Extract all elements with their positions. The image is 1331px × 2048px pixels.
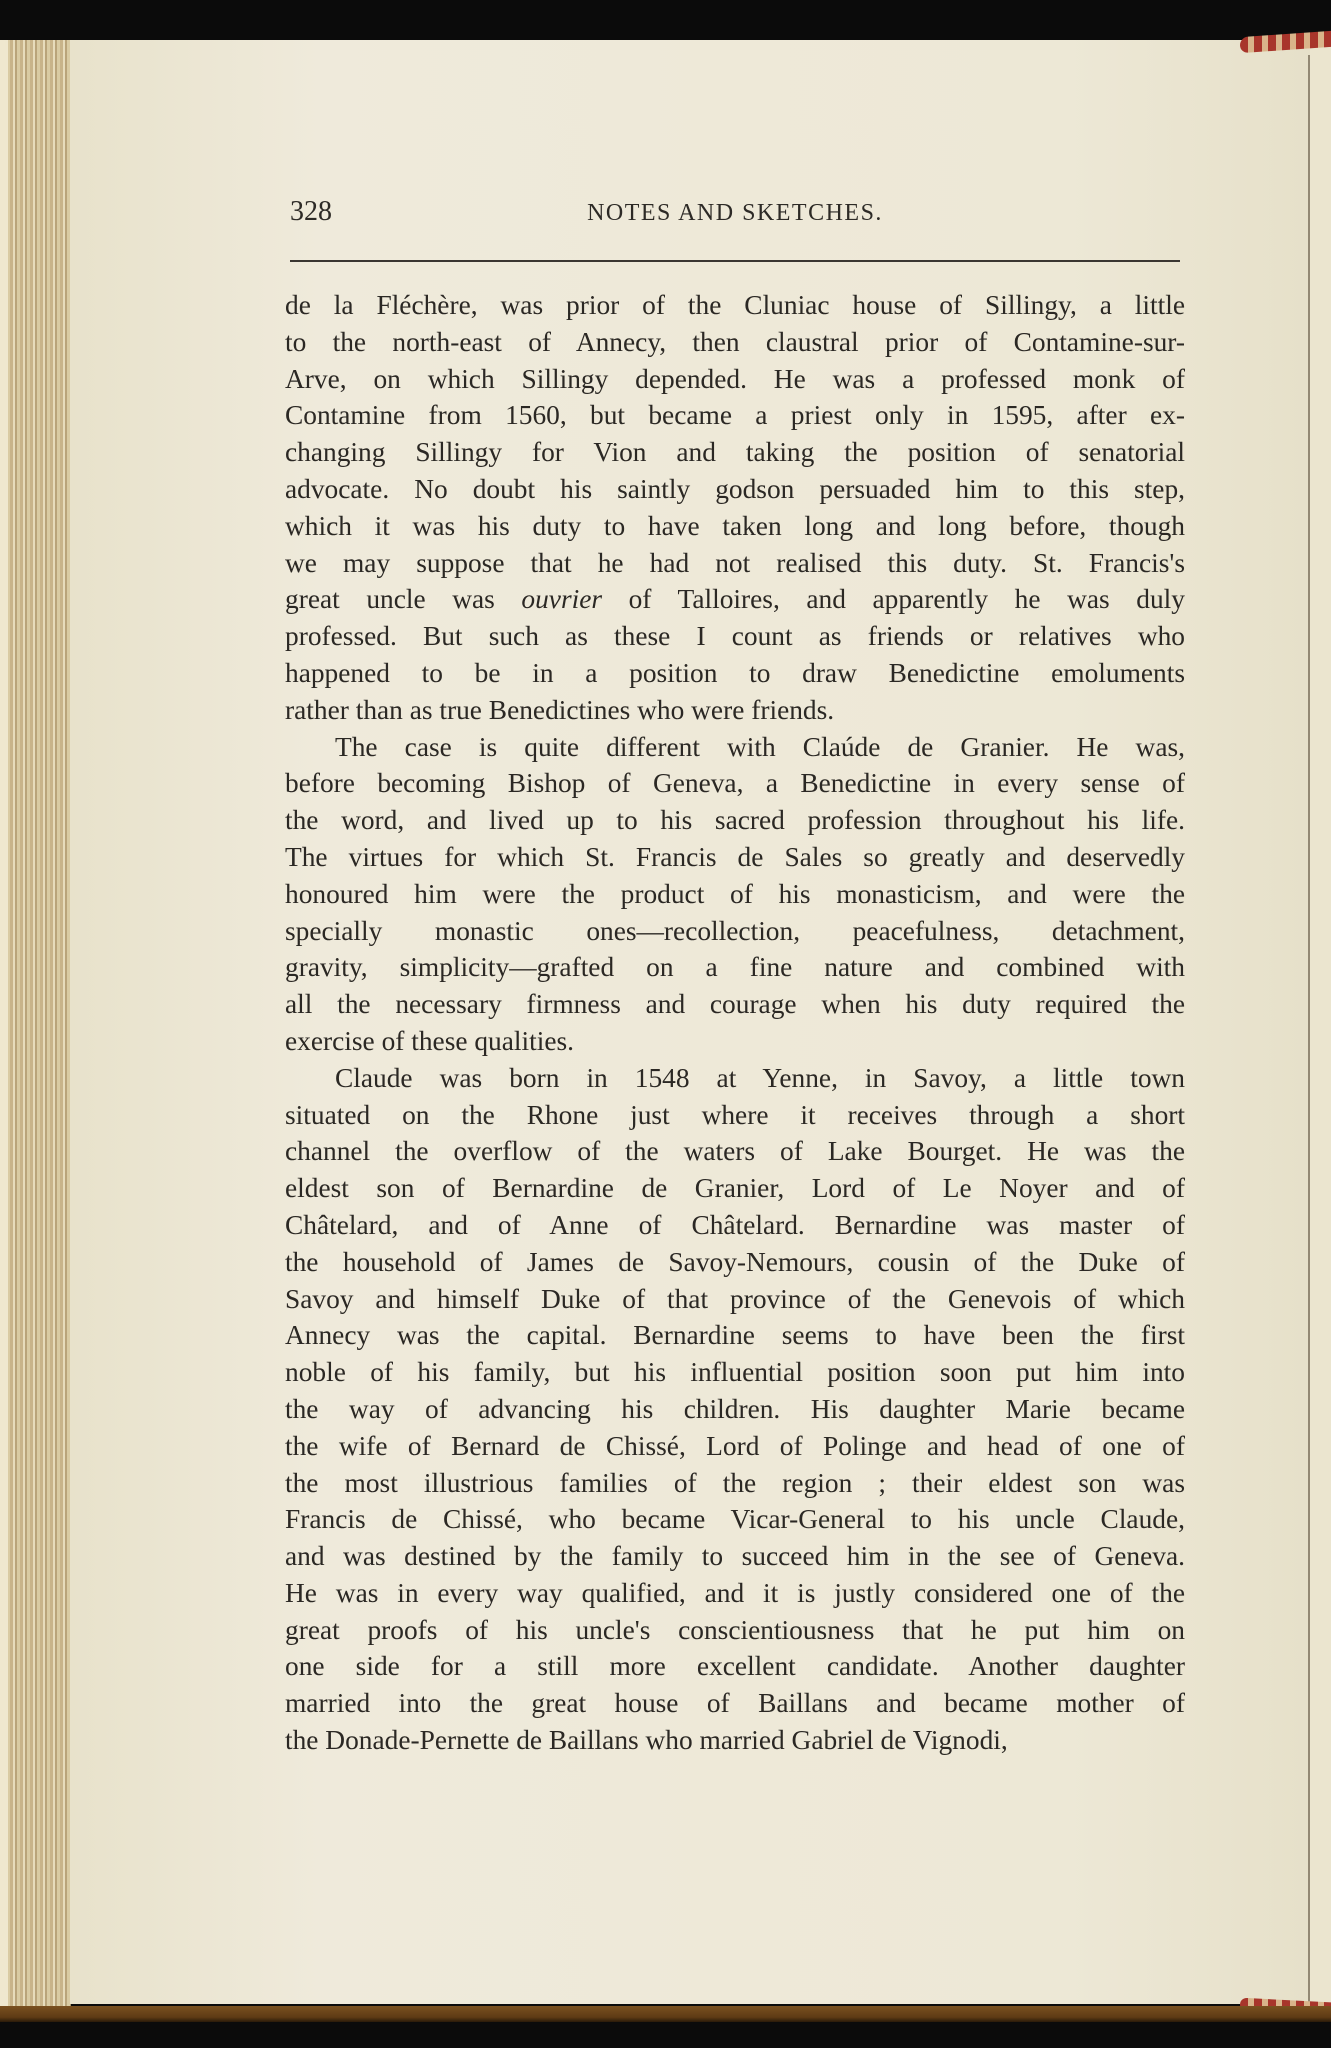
text-line: noble of his family, but his influential…: [285, 1354, 1185, 1391]
paragraph: Claude was born in 1548 at Yenne, in Sav…: [285, 1060, 1185, 1759]
text-line: The case is quite different with Claúde …: [285, 729, 1185, 766]
text-line: the way of advancing his children. His d…: [285, 1391, 1185, 1428]
running-head: 328 NOTES AND SKETCHES.: [290, 196, 1180, 236]
text-line: channel the overflow of the waters of La…: [285, 1133, 1185, 1170]
text-line: rather than as true Benedictines who wer…: [285, 692, 1185, 729]
text-line: all the necessary firmness and courage w…: [285, 986, 1185, 1023]
text-line: changing Sillingy for Vion and taking th…: [285, 434, 1185, 471]
text-line: situated on the Rhone just where it rece…: [285, 1097, 1185, 1134]
paragraph: The case is quite different with Claúde …: [285, 729, 1185, 1060]
text-line: advocate. No doubt his saintly godson pe…: [285, 471, 1185, 508]
text-line: Châtelard, and of Anne of Châtelard. Ber…: [285, 1207, 1185, 1244]
text-line: Francis de Chissé, who became Vicar-Gene…: [285, 1501, 1185, 1538]
text-line: the most illustrious families of the reg…: [285, 1465, 1185, 1502]
text-line: de la Fléchère, was prior of the Cluniac…: [285, 287, 1185, 324]
header-rule: [290, 260, 1180, 262]
paragraph: de la Fléchère, was prior of the Cluniac…: [285, 287, 1185, 729]
text-line: gravity, simplicity—grafted on a fine na…: [285, 949, 1185, 986]
running-title: NOTES AND SKETCHES.: [290, 200, 1180, 227]
text-line: The virtues for which St. Francis de Sal…: [285, 839, 1185, 876]
text-line: eldest son of Bernardine de Granier, Lor…: [285, 1170, 1185, 1207]
body-text: de la Fléchère, was prior of the Cluniac…: [285, 287, 1185, 1759]
text-line: Savoy and himself Duke of that province …: [285, 1281, 1185, 1318]
text-line: which it was his duty to have taken long…: [285, 508, 1185, 545]
text-line: Annecy was the capital. Bernardine seems…: [285, 1317, 1185, 1354]
text-line: great uncle was ouvrier of Talloires, an…: [285, 581, 1185, 618]
gutter-fold: [1308, 55, 1310, 2005]
text-line: exercise of these qualities.: [285, 1023, 1185, 1060]
text-line: Claude was born in 1548 at Yenne, in Sav…: [285, 1060, 1185, 1097]
text-line: the household of James de Savoy-Nemours,…: [285, 1244, 1185, 1281]
text-line: great proofs of his uncle's conscientiou…: [285, 1612, 1185, 1649]
book-scan: 328 NOTES AND SKETCHES. de la Fléchère, …: [0, 0, 1331, 2048]
text-line: honoured him were the product of his mon…: [285, 876, 1185, 913]
text-line: to the north-east of Annecy, then claust…: [285, 324, 1185, 361]
text-line: professed. But such as these I count as …: [285, 618, 1185, 655]
text-line: Arve, on which Sillingy depended. He was…: [285, 361, 1185, 398]
text-line: and was destined by the family to succee…: [285, 1538, 1185, 1575]
text-line: He was in every way qualified, and it is…: [285, 1575, 1185, 1612]
text-line: married into the great house of Baillans…: [285, 1685, 1185, 1722]
text-line: the word, and lived up to his sacred pro…: [285, 802, 1185, 839]
cover-bottom-edge: [0, 2006, 1331, 2022]
page-edges-stack: [0, 40, 71, 2008]
facing-page-sliver: [1310, 44, 1331, 2004]
text-line: we may suppose that he had not realised …: [285, 545, 1185, 582]
text-line: specially monastic ones—recollection, pe…: [285, 913, 1185, 950]
text-line: one side for a still more excellent cand…: [285, 1648, 1185, 1685]
text-line: the Donade-Pernette de Baillans who marr…: [285, 1722, 1185, 1759]
text-line: before becoming Bishop of Geneva, a Bene…: [285, 765, 1185, 802]
text-line: Contamine from 1560, but became a priest…: [285, 397, 1185, 434]
text-line: the wife of Bernard de Chissé, Lord of P…: [285, 1428, 1185, 1465]
text-line: happened to be in a position to draw Ben…: [285, 655, 1185, 692]
